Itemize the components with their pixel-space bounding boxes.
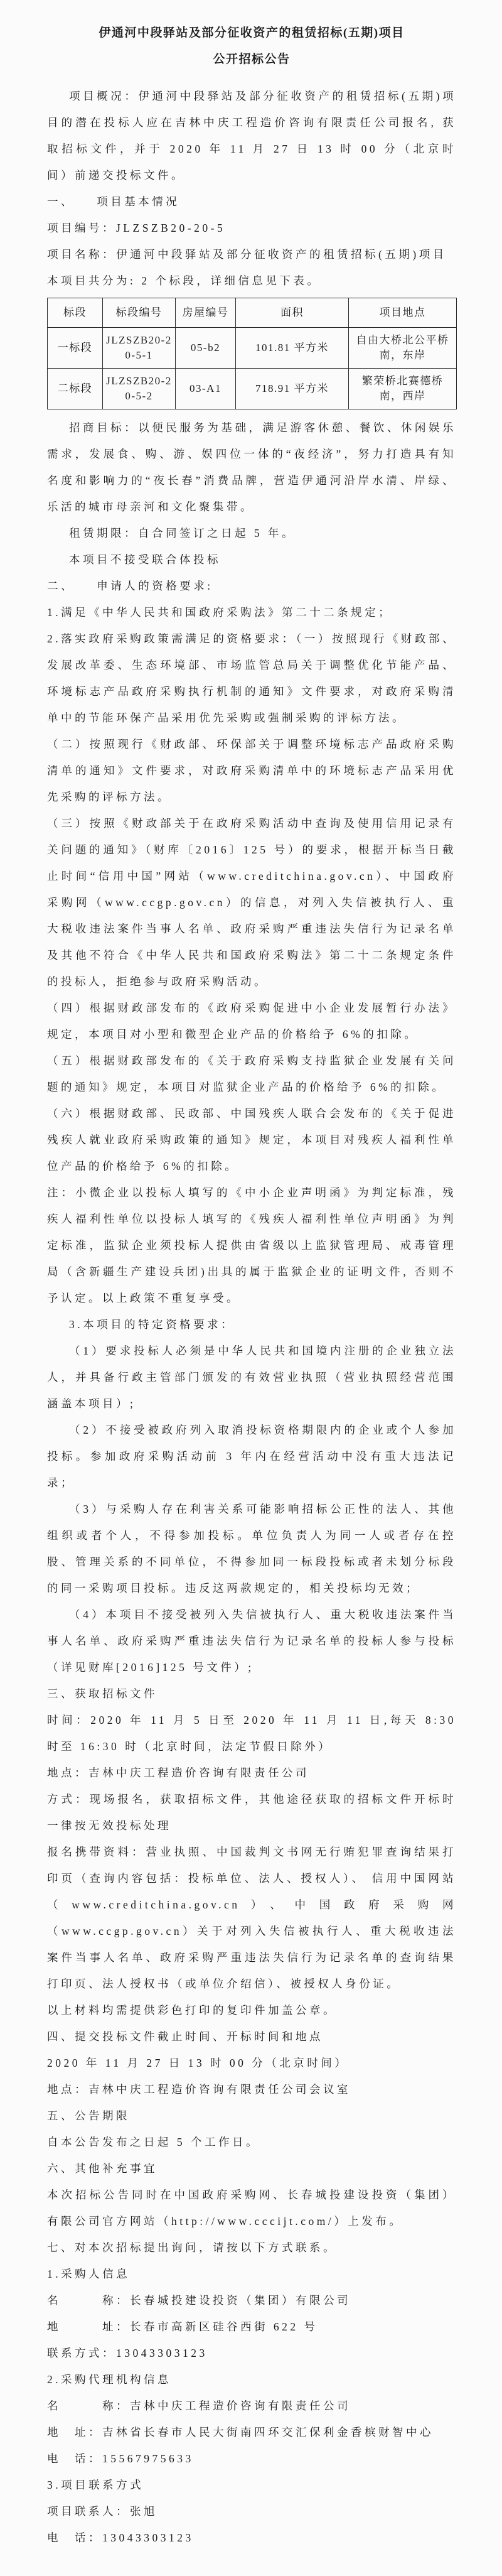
col-header-lot-number: 标段编号 <box>103 298 176 328</box>
cell-lot: 一标段 <box>48 328 103 369</box>
agency-phone: 电 话：15567975633 <box>47 2445 456 2472</box>
qualification-item: （四）根据财政部发布的《政府采购促进中小企业发展暂行办法》规定，本项目对小型和微… <box>47 995 456 1047</box>
qualification-item: （六）根据财政部、民政部、中国残疾人联合会发布的《关于促进残疾人就业政府采购政策… <box>47 1100 456 1179</box>
no-consortium-note: 本项目不接受联合体投标 <box>47 546 456 573</box>
cell-location: 自由大桥北公平桥南，东岸 <box>349 328 457 369</box>
qualification-item: 2.落实政府采购政策需满足的资格要求：（一）按照现行《财政部、发展改革委、生态环… <box>47 625 456 731</box>
table-row: 一标段 JLZSZB20-20-5-1 05-b2 101.81 平方米 自由大… <box>48 328 457 369</box>
materials-stamp-note: 以上材料均需提供彩色打印的复印件加盖公章。 <box>47 1997 456 2023</box>
bid-opening-place: 地点：吉林中庆工程造价咨询有限责任公司会议室 <box>47 2076 456 2102</box>
qualification-item: （五）根据财政部发布的《关于政府采购支持监狱企业发展有关问题的通知》规定，本项目… <box>47 1047 456 1100</box>
cell-lot-number: JLZSZB20-20-5-1 <box>103 328 176 369</box>
agency-name: 名 称：吉林中庆工程造价咨询有限责任公司 <box>47 2393 456 2419</box>
investment-goal-paragraph: 招商目标：以便民服务为基础，满足游客休憩、餐饮、休闲娱乐需求，发展食、购、游、娱… <box>47 414 456 520</box>
project-contact-label: 3.项目联系方式 <box>47 2472 456 2498</box>
col-header-lot: 标段 <box>48 298 103 328</box>
document-title: 伊通河中段驿站及部分征收资产的租赁招标(五期)项目 公开招标公告 <box>47 20 456 73</box>
qualification-item: 1.满足《中华人民共和国政府采购法》第二十二条规定； <box>47 599 456 625</box>
qualification-item: （二）按照现行《财政部、环保部关于调整环境标志产品政府采购清单的通知》文件要求，… <box>47 731 456 810</box>
lease-term: 租赁期限：自合同签订之日起 5 年。 <box>47 520 456 546</box>
purchaser-contact: 联系方式：13043303123 <box>47 2340 456 2366</box>
cell-house-number: 05-b2 <box>176 328 236 369</box>
col-header-area: 面积 <box>236 298 349 328</box>
cell-location: 繁荣桥北赛德桥南，西岸 <box>349 369 457 409</box>
project-overview-paragraph: 项目概况：伊通河中段驿站及部分征收资产的租赁招标(五期)项目的潜在投标人应在吉林… <box>47 83 456 188</box>
bid-doc-time: 时间：2020 年 11 月 5 日至 2020 年 11 月 11 日,每天 … <box>47 1707 456 1760</box>
section-3-heading: 三、获取招标文件 <box>47 1680 456 1707</box>
cell-area: 718.91 平方米 <box>236 369 349 409</box>
bid-doc-method: 方式：现场报名，获取招标文件，其他途径获取的招标文件开标时一律按无效投标处理 <box>47 1786 456 1839</box>
announcement-period: 自本公告发布之日起 5 个工作日。 <box>47 2129 456 2155</box>
publication-note: 本次招标公告同时在中国政府采购网、长春城投建设投资（集团）有限公司官方网站（ht… <box>47 2182 456 2234</box>
col-header-location: 项目地点 <box>349 298 457 328</box>
document-title-line2: 公开招标公告 <box>47 46 456 73</box>
lots-table-header-row: 标段 标段编号 房屋编号 面积 项目地点 <box>48 298 457 328</box>
project-contact-person: 项目联系人：张旭 <box>47 2498 456 2525</box>
agency-info-label: 2.采购代理机构信息 <box>47 2366 456 2393</box>
agency-address: 地 址：吉林省长春市人民大街南四环交汇保利金香槟财智中心 <box>47 2419 456 2445</box>
specific-qualification-item: （4）本项目不接受被列入失信被执行人、重大税收违法案件当事人名单、政府采购严重违… <box>47 1601 456 1680</box>
project-number: 项目编号：JLZSZB20-20-5 <box>47 215 456 241</box>
section-7-heading: 七、对本次招标提出询问，请按以下方式联系。 <box>47 2234 456 2261</box>
cell-lot-number: JLZSZB20-20-5-2 <box>103 369 176 409</box>
lots-table: 标段 标段编号 房屋编号 面积 项目地点 一标段 JLZSZB20-20-5-1… <box>47 298 457 409</box>
specific-qualification-heading: 3.本项目的特定资格要求： <box>47 1311 456 1338</box>
col-header-house-number: 房屋编号 <box>176 298 236 328</box>
purchaser-address: 地 址：长春市高新区硅谷西街 622 号 <box>47 2314 456 2340</box>
project-contact-phone: 电 话：13043303123 <box>47 2525 456 2551</box>
table-row: 二标段 JLZSZB20-20-5-2 03-A1 718.91 平方米 繁荣桥… <box>48 369 457 409</box>
specific-qualification-item: （3）与采购人存在利害关系可能影响招标公正性的法人、其他组织或者个人，不得参加投… <box>47 1496 456 1601</box>
specific-qualification-item: （1）要求投标人必须是中华人民共和国境内注册的企业独立法人，并具备行政主管部门颁… <box>47 1338 456 1417</box>
section-4-heading: 四、提交投标文件截止时间、开标时间和地点 <box>47 2023 456 2050</box>
document-title-line1: 伊通河中段驿站及部分征收资产的租赁招标(五期)项目 <box>47 20 456 46</box>
cell-house-number: 03-A1 <box>176 369 236 409</box>
purchaser-name: 名 称：长春城投建设投资（集团）有限公司 <box>47 2287 456 2314</box>
purchaser-info-label: 1.采购人信息 <box>47 2261 456 2287</box>
section-2-heading: 二、 申请人的资格要求: <box>47 573 456 599</box>
bid-opening-time: 2020 年 11 月 27 日 13 时 00 分（北京时间） <box>47 2050 456 2076</box>
section-5-heading: 五、公告期限 <box>47 2102 456 2129</box>
section-1-heading: 一、 项目基本情况 <box>47 188 456 215</box>
bid-doc-place: 地点：吉林中庆工程造价咨询有限责任公司 <box>47 1760 456 1786</box>
qualification-note: 注：小微企业以投标人填写的《中小企业声明函》为判定标准，残疾人福利性单位以投标人… <box>47 1179 456 1311</box>
section-6-heading: 六、其他补充事宜 <box>47 2155 456 2182</box>
specific-qualification-item: （2）不接受被政府列入取消投标资格期限内的企业或个人参加投标。参加政府采购活动前… <box>47 1417 456 1496</box>
cell-lot: 二标段 <box>48 369 103 409</box>
qualification-item: （三）按照《财政部关于在政府采购活动中查询及使用信用记录有关问题的通知》（财库〔… <box>47 810 456 995</box>
project-name: 项目名称：伊通河中段驿站及部分征收资产的租赁招标(五期)项目 <box>47 241 456 268</box>
cell-area: 101.81 平方米 <box>236 328 349 369</box>
registration-materials: 报名携带资料：营业执照、中国裁判文书网无行贿犯罪查询结果打印页（查询内容包括：投… <box>47 1839 456 1997</box>
lots-count-note: 本项目共分为: 2 个标段，详细信息见下表。 <box>47 268 456 294</box>
document-page: 伊通河中段驿站及部分征收资产的租赁招标(五期)项目 公开招标公告 项目概况：伊通… <box>0 0 502 2576</box>
